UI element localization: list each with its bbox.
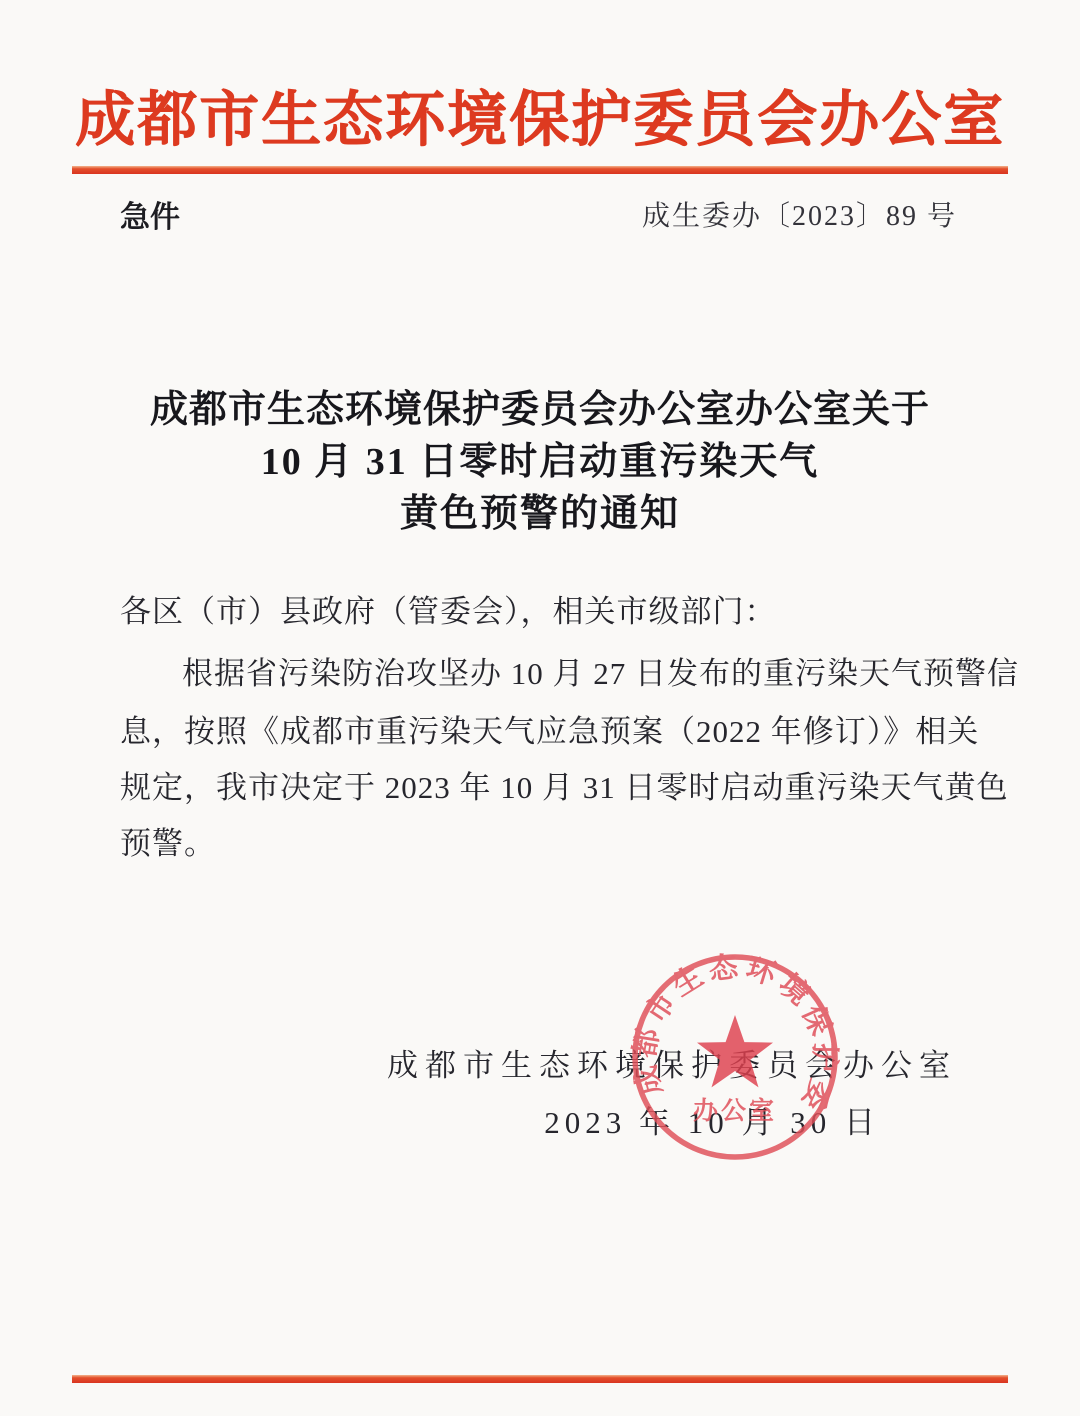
seal-ring-text: 成都市生态环境保护委员会 xyxy=(625,947,842,1115)
meta-row: 急件 成生委办〔2023〕89 号 xyxy=(120,192,957,232)
paragraph-line-1: 根据省污染防治攻坚办 10 月 27 日发布的重污染天气预警信 xyxy=(182,648,1019,693)
document-number: 成生委办〔2023〕89 号 xyxy=(642,194,957,234)
official-document-page: 成都市生态环境保护委员会办公室 急件 成生委办〔2023〕89 号 成都市生态环… xyxy=(0,0,1080,1416)
paragraph-line-3: 规定，我市决定于 2023 年 10 月 31 日零时启动重污染天气黄色 xyxy=(120,762,1009,807)
document-title-line-1: 成都市生态环境保护委员会办公室办公室关于 xyxy=(0,378,1080,433)
header-red-rule xyxy=(72,166,1008,174)
paragraph-line-2: 息，按照《成都市重污染天气应急预案（2022 年修订）》相关 xyxy=(120,706,979,751)
signature-organization: 成都市生态环境保护委员会办公室 xyxy=(387,1040,957,1085)
document-title-line-2: 10 月 31 日零时启动重污染天气 xyxy=(0,430,1080,485)
signature-date: 2023 年 10 月 30 日 xyxy=(544,1097,880,1142)
salutation-line: 各区（市）县政府（管委会），相关市级部门： xyxy=(120,586,777,631)
document-header-title: 成都市生态环境保护委员会办公室 xyxy=(0,72,1080,158)
urgency-label: 急件 xyxy=(120,192,180,236)
paragraph-line-4: 预警。 xyxy=(120,818,216,863)
footer-red-rule xyxy=(72,1375,1008,1383)
document-title-line-3: 黄色预警的通知 xyxy=(0,482,1080,537)
